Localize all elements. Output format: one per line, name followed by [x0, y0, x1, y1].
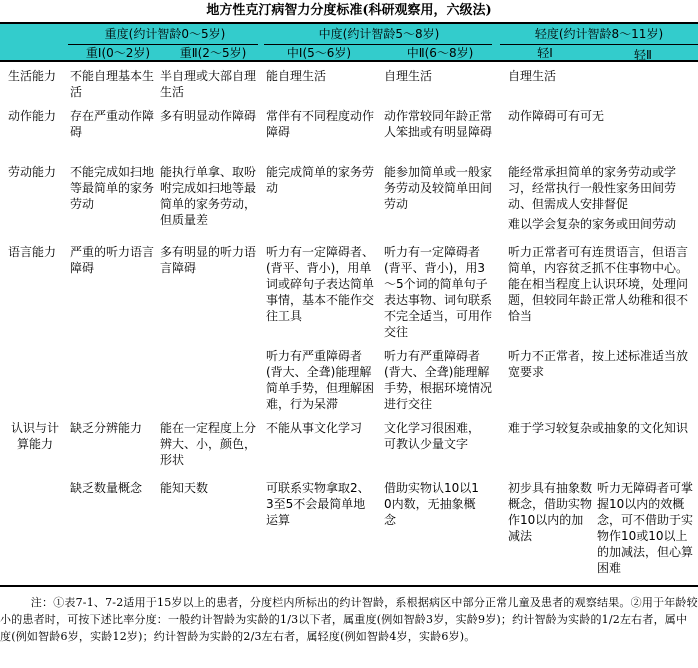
table-title: 地方性克汀病智力分度标准(科研观察用，六级法) — [0, 2, 698, 20]
header-group-mild: 轻度(约计智龄8～11岁) — [500, 25, 698, 43]
cell-language-moderate2-a: 听力有一定障碍者(背平、背小)，用3～5个词的简单句子表达事物、词句联系不完全适… — [384, 244, 494, 340]
table-footnote: 注：①表7-1、7-2适用于15岁以上的患者，分度栏内所标出的约计智龄，系根据病… — [0, 594, 698, 645]
cell-labor-moderate1: 能完成简单的家务劳动 — [266, 164, 376, 196]
cell-living-severe1: 不能自理基本生活 — [70, 68, 156, 100]
cell-motor-moderate1: 常伴有不同程度动作障碍 — [266, 108, 376, 140]
cell-cognition-moderate2-a: 文化学习很困难，可教认少量文字 — [384, 420, 484, 452]
cell-motor-moderate2: 动作常较同年龄正常人笨拙或有明显障碍 — [384, 108, 494, 140]
cell-language-moderate1-a: 听力有一定障碍者、(背平、背小)，用单词或碎句子表达简单事情，基本不能作交往工具 — [266, 244, 376, 324]
row-category-motor: 动作能力 — [8, 108, 64, 124]
cell-motor-severe2: 多有明显动作障碍 — [160, 108, 256, 124]
cell-cognition-mild-a: 难于学习较复杂或抽象的文化知识 — [508, 420, 696, 436]
cell-labor-severe1: 不能完成如扫地等最简单的家务劳动 — [70, 164, 156, 212]
cell-labor-mild2: 难以学会复杂的家务或田间劳动 — [508, 216, 696, 232]
cell-cognition-severe1-b: 缺乏数量概念 — [70, 480, 156, 496]
header-sub-mild-2: 轻Ⅱ — [598, 47, 688, 64]
cell-labor-mild1: 能经常承担简单的家务劳动或学习，经常执行一般性家务田间劳动、但需成人安排督促 — [508, 164, 696, 212]
cell-cognition-severe2-a: 能在一定程度上分辨大、小，颜色，形状 — [160, 420, 256, 468]
cell-cognition-mild1-b: 初步具有抽象数概念，借助实物作10以内的加减法 — [508, 480, 594, 544]
row-category-living: 生活能力 — [8, 68, 64, 84]
cell-language-moderate2-b: 听力有严重障碍者(背大、全聋)能理解手势，根据环境情况进行交往 — [384, 348, 494, 412]
table-header: 重度(约计智龄0～5岁) 中度(约计智龄5～8岁) 轻度(约计智龄8～11岁) … — [0, 22, 698, 62]
row-category-language: 语言能力 — [8, 244, 64, 260]
header-sub-moderate-2: 中Ⅱ(6～8岁) — [380, 45, 500, 62]
cell-labor-severe2: 能执行单拿、取吩咐完成如扫地等最简单的家务劳动，但质量差 — [160, 164, 256, 228]
cell-motor-mild: 动作障碍可有可无 — [508, 108, 696, 124]
cell-cognition-severe2-b: 能知天数 — [160, 480, 256, 496]
cell-cognition-moderate1-a: 不能从事文化学习 — [266, 420, 376, 436]
cell-cognition-moderate1-b: 可联系实物拿取2、3至5不会最简单地运算 — [266, 480, 376, 528]
cell-living-moderate1: 能自理生活 — [266, 68, 376, 84]
cell-language-mild-a: 听力正常者可有连贯语言，但语言简单，内容贫乏抓不住事物中心。能在相当程度上认识环… — [508, 244, 696, 324]
cell-living-moderate2: 自理生活 — [384, 68, 494, 84]
header-sub-mild-1: 轻Ⅰ — [505, 45, 585, 62]
cell-language-moderate1-b: 听力有严重障碍者(背大、全聋)能理解简单手势，但理解困难，行为呆滞 — [266, 348, 376, 412]
row-category-cognition: 认识与计算能力 — [8, 420, 62, 452]
header-sub-moderate-1: 中Ⅰ(5～6岁) — [264, 45, 374, 62]
header-group-severe: 重度(约计智龄0～5岁) — [70, 25, 260, 43]
cell-motor-severe1: 存在严重动作障碍 — [70, 108, 156, 140]
table-bottom-rule — [0, 585, 698, 587]
cell-language-severe1: 严重的听力语言障碍 — [70, 244, 156, 276]
cell-language-severe2: 多有明显的听力语言障碍 — [160, 244, 256, 276]
cell-living-mild: 自理生活 — [508, 68, 696, 84]
header-sub-severe-2: 重Ⅱ(2～5岁) — [166, 45, 260, 62]
cell-language-mild-b: 听力不正常者，按上述标准适当放宽要求 — [508, 348, 696, 380]
cell-cognition-severe1-a: 缺乏分辨能力 — [70, 420, 156, 436]
header-sub-severe-1: 重Ⅰ(0～2岁) — [70, 45, 166, 62]
cell-living-severe2: 半自理或大部自理生活 — [160, 68, 256, 100]
cell-labor-moderate2: 能参加简单或一般家务劳动及较简单田间劳动 — [384, 164, 494, 212]
cell-cognition-moderate2-b: 借助实物认10以10内数，无抽象概念 — [384, 480, 484, 528]
row-category-labor: 劳动能力 — [8, 164, 64, 180]
header-group-moderate: 中度(约计智龄5～8岁) — [264, 25, 494, 43]
cell-cognition-mild2-b: 听力无障碍者可掌握10以内的效概念，可不借助于实物作10或10以上的加减法，但心… — [597, 480, 695, 576]
